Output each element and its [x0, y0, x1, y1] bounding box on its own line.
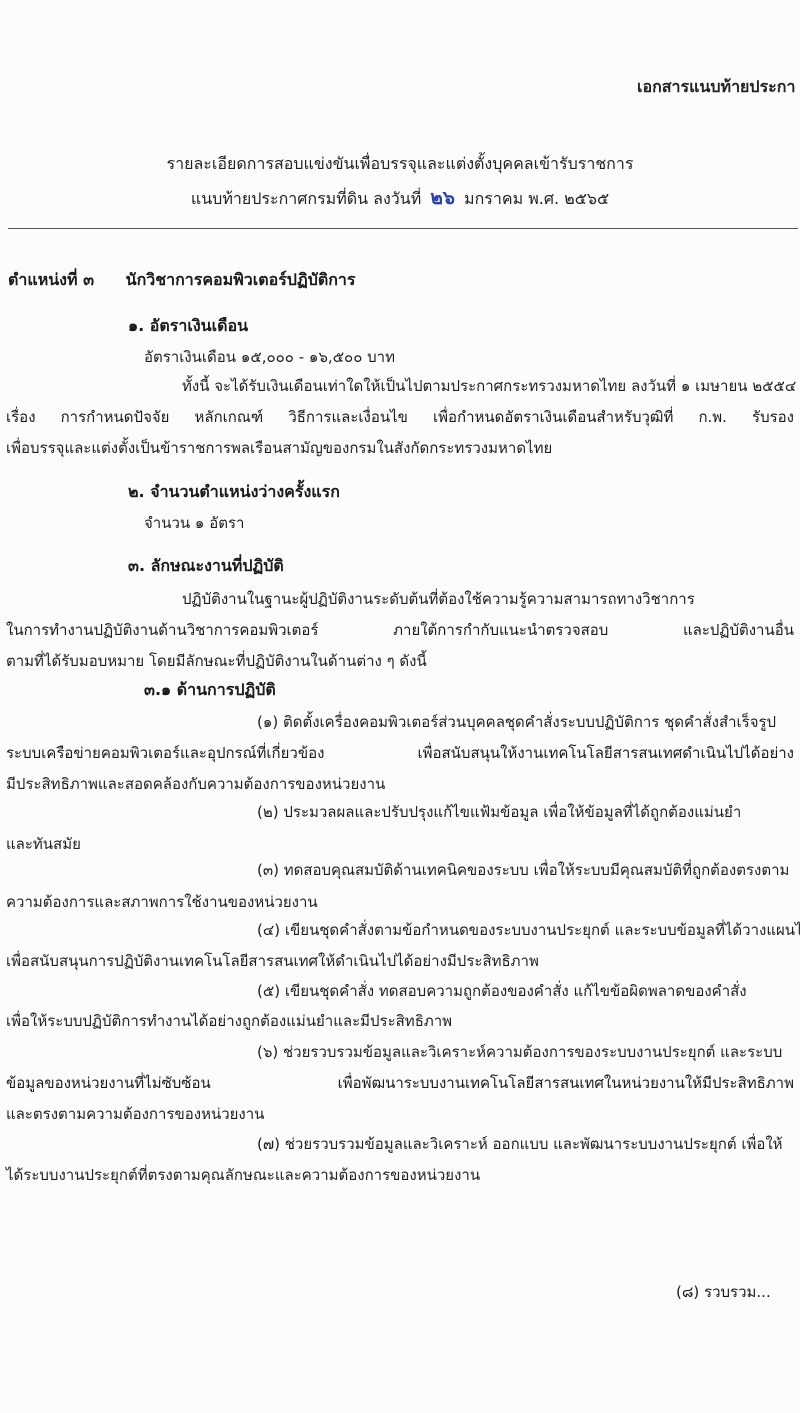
duty-item-1-line2: ระบบเครือข่ายคอมพิวเตอร์และอุปกรณ์ที่เกี…: [6, 741, 794, 765]
duty-item-7-line2: ได้ระบบงานประยุกต์ที่ตรงตามคุณลักษณะและค…: [6, 1163, 480, 1187]
duty-item-1-line3: มีประสิทธิภาพและสอดคล้องกับความต้องการขอ…: [6, 772, 385, 796]
duty-item-3-line1: (๓) ทดสอบคุณสมบัติด้านเทคนิคของระบบ เพื่…: [257, 858, 789, 882]
duty-item-7-line1: (๗) ช่วยรวบรวมข้อมูลและวิเคราะห์ ออกแบบ …: [257, 1132, 783, 1156]
duty-item-6-line2: ข้อมูลของหน่วยงานที่ไม่ซับซ้อน เพื่อพัฒน…: [6, 1071, 794, 1095]
duties-intro-line2: ในการทำงานปฏิบัติงานด้านวิชาการคอมพิวเตอ…: [6, 618, 794, 642]
salary-note-line1: ทั้งนี้ จะได้รับเงินเดือนเท่าใดให้เป็นไป…: [182, 374, 796, 398]
duty-item-1-line1: (๑) ติดตั้งเครื่องคอมพิวเตอร์ส่วนบุคคลชุ…: [257, 710, 776, 734]
vacancy-count: จำนวน ๑ อัตรา: [144, 511, 244, 535]
duty-item-2-line1: (๒) ประมวลผลและปรับปรุงแก้ไขแฟ้มข้อมูล เ…: [257, 800, 741, 824]
horizontal-divider: [8, 228, 798, 229]
duty-item-4-line1: (๔) เขียนชุดคำสั่งตามข้อกำหนดของระบบงานป…: [257, 918, 800, 942]
handwritten-day: ๒๖: [426, 187, 459, 209]
subtitle-prefix: แนบท้ายประกาศกรมที่ดิน ลงวันที่: [191, 189, 421, 208]
section-vacancy-heading: ๒. จำนวนตำแหน่งว่างครั้งแรก: [128, 480, 340, 505]
subtitle-suffix: มกราคม พ.ศ. ๒๕๖๕: [464, 189, 609, 208]
duties-subheading: ๓.๑ ด้านการปฏิบัติ: [144, 678, 276, 703]
duty-item-5-line2: เพื่อให้ระบบปฏิบัติการทำงานได้อย่างถูกต้…: [6, 1009, 452, 1033]
section-salary-heading: ๑. อัตราเงินเดือน: [128, 314, 248, 339]
duties-intro-line1: ปฏิบัติงานในฐานะผู้ปฏิบัติงานระดับต้นที่…: [182, 587, 695, 611]
attachment-note: เอกสารแนบท้ายประกา: [637, 75, 795, 100]
salary-note-line3: เพื่อบรรจุและแต่งตั้งเป็นข้าราชการพลเรือ…: [6, 436, 552, 460]
duty-item-6-line3: และตรงตามความต้องการของหน่วยงาน: [6, 1102, 264, 1126]
position-title: นักวิชาการคอมพิวเตอร์ปฏิบัติการ: [126, 270, 356, 289]
continuation-note: (๘) รวบรวม...: [676, 1280, 771, 1304]
document-title: รายละเอียดการสอบแข่งขันเพื่อบรรจุและแต่ง…: [0, 152, 800, 177]
salary-note-line2: เรื่อง การกำหนดปัจจัย หลักเกณฑ์ วิธีการแ…: [6, 405, 794, 429]
duty-item-5-line1: (๕) เขียนชุดคำสั่ง ทดสอบความถูกต้องของคำ…: [257, 979, 747, 1003]
duty-item-4-line2: เพื่อสนับสนุนการปฏิบัติงานเทคโนโลยีสารสน…: [6, 949, 539, 973]
duties-intro-line3: ตามที่ได้รับมอบหมาย โดยมีลักษณะที่ปฏิบัต…: [6, 649, 427, 673]
position-label: ตำแหน่งที่ ๓: [8, 270, 94, 289]
section-duties-heading: ๓. ลักษณะงานที่ปฏิบัติ: [128, 554, 284, 579]
duty-item-6-line1: (๖) ช่วยรวบรวมข้อมูลและวิเคราะห์ความต้อง…: [257, 1040, 782, 1064]
duty-item-3-line2: ความต้องการและสภาพการใช้งานของหน่วยงาน: [6, 890, 318, 914]
duty-item-2-line2: และทันสมัย: [6, 832, 81, 856]
document-page: เอกสารแนบท้ายประกา รายละเอียดการสอบแข่งข…: [0, 0, 800, 1413]
position-heading: ตำแหน่งที่ ๓ นักวิชาการคอมพิวเตอร์ปฏิบัต…: [8, 268, 356, 293]
salary-rate: อัตราเงินเดือน ๑๕,๐๐๐ - ๑๖,๕๐๐ บาท: [144, 345, 395, 369]
document-subtitle: แนบท้ายประกาศกรมที่ดิน ลงวันที่ ๒๖ มกราค…: [0, 183, 800, 213]
